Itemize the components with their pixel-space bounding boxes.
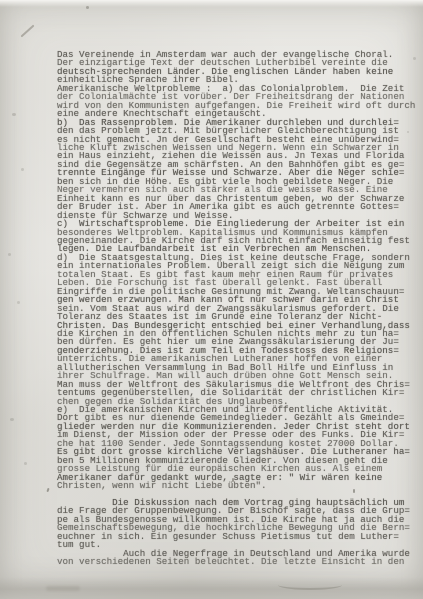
scan-edge-top: [0, 0, 423, 7]
scan-edge-bottom: [0, 577, 423, 599]
text-line: euchner in sich. Ein gesunder Schuss Pie…: [57, 533, 419, 541]
paper-speck: [86, 6, 89, 9]
text-line: von verschiedenen Seiten beleuchtet. Die…: [57, 558, 419, 566]
document-scan: Das Vereinende in Amsterdam war auch der…: [0, 0, 423, 599]
paper-speck: [407, 131, 409, 133]
paper-speck: [10, 418, 14, 421]
paper-speck: [21, 168, 24, 171]
paper-scratch: [21, 25, 35, 38]
paper-speck: [413, 57, 416, 60]
paper-speck: [12, 113, 16, 116]
paper-speck: [8, 253, 11, 256]
paper-speck: [17, 301, 20, 304]
text-line: Christen, wenn wir nicht Liebe übten".: [57, 482, 419, 490]
ink-mark: [232, 478, 234, 482]
ink-mark: [46, 488, 49, 492]
ink-mark: [353, 489, 355, 493]
paper-speck: [24, 462, 27, 465]
typewritten-text-block: Das Vereinende in Amsterdam war auch der…: [57, 51, 419, 567]
